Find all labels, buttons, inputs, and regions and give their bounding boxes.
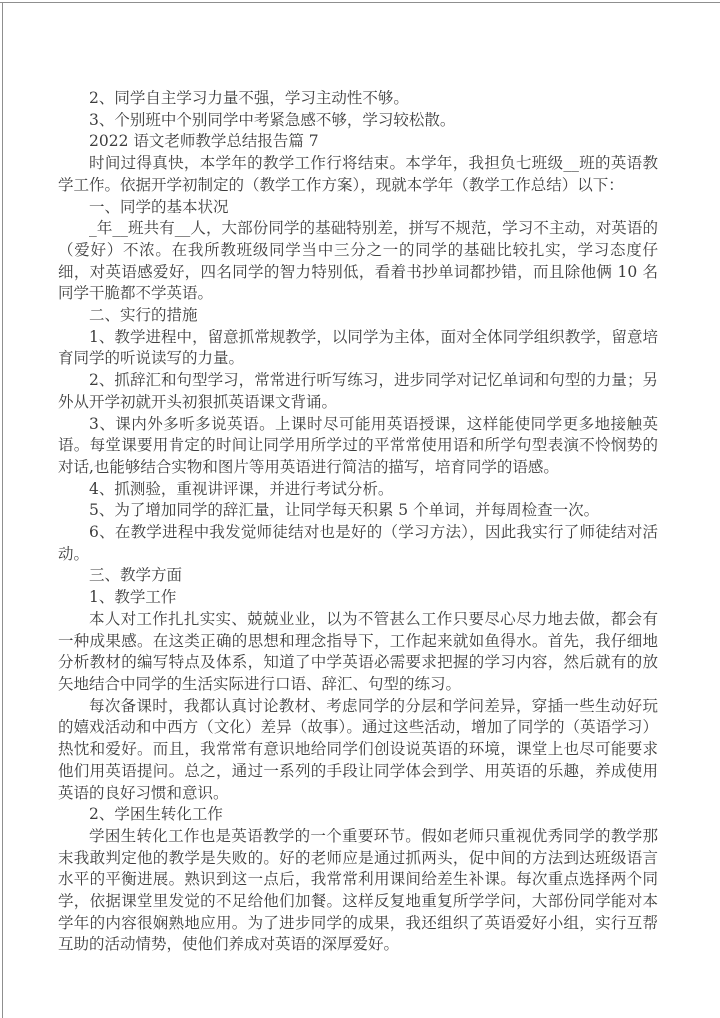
paragraph: 二、实行的措施 xyxy=(58,305,658,327)
paragraph: 2、抓辞汇和句型学习，常常进行听写练习，进步同学对记忆单词和句型的力量；另外从开… xyxy=(58,370,658,413)
paragraph: 6、在教学进程中我发觉师徒结对也是好的（学习方法），因此我实行了师徒结对活动。 xyxy=(58,522,658,565)
paragraph: 5、为了增加同学的辞汇量，让同学每天积累 5 个单词，并每周检查一次。 xyxy=(58,500,658,522)
paragraph: _年__班共有__人，大部份同学的基础特别差，拼写不规范，学习不主动，对英语的（… xyxy=(58,218,658,305)
document-body: 2、同学自主学习力量不强，学习主动性不够。3、个别班中个别同学中考紧急感不够，学… xyxy=(58,88,658,956)
paragraph: 本人对工作扎扎实实、兢兢业业，以为不管甚么工作只要尽心尽力地去做，都会有一种成果… xyxy=(58,609,658,696)
page-left-edge xyxy=(2,2,3,1018)
paragraph: 3、个别班中个别同学中考紧急感不够，学习较松散。 xyxy=(58,110,658,132)
document-page: 2、同学自主学习力量不强，学习主动性不够。3、个别班中个别同学中考紧急感不够，学… xyxy=(0,0,720,1018)
paragraph: 每次备课时，我都认真讨论教材、考虑同学的分层和学问差异，穿插一些生动好玩的嬉戏活… xyxy=(58,696,658,805)
paragraph: 学困生转化工作也是英语教学的一个重要环节。假如老师只重视优秀同学的教学那末我敢判… xyxy=(58,826,658,956)
paragraph: 1、教学工作 xyxy=(58,587,658,609)
paragraph: 1、教学进程中，留意抓常规教学，以同学为主体，面对全体同学组织教学，留意培育同学… xyxy=(58,327,658,370)
paragraph: 2、学困生转化工作 xyxy=(58,804,658,826)
paragraph: 2022 语文老师教学总结报告篇 7 xyxy=(58,131,658,153)
page-top-edge xyxy=(0,2,720,3)
paragraph: 2、同学自主学习力量不强，学习主动性不够。 xyxy=(58,88,658,110)
paragraph: 三、教学方面 xyxy=(58,565,658,587)
paragraph: 3、课内外多听多说英语。上课时尽可能用英语授课，这样能使同学更多地接触英语。每堂… xyxy=(58,414,658,479)
paragraph: 一、同学的基本状况 xyxy=(58,197,658,219)
paragraph: 4、抓测验，重视讲评课，并进行考试分析。 xyxy=(58,479,658,501)
paragraph: 时间过得真快，本学年的教学工作行将结束。本学年，我担负七班级__班的英语教学工作… xyxy=(58,153,658,196)
